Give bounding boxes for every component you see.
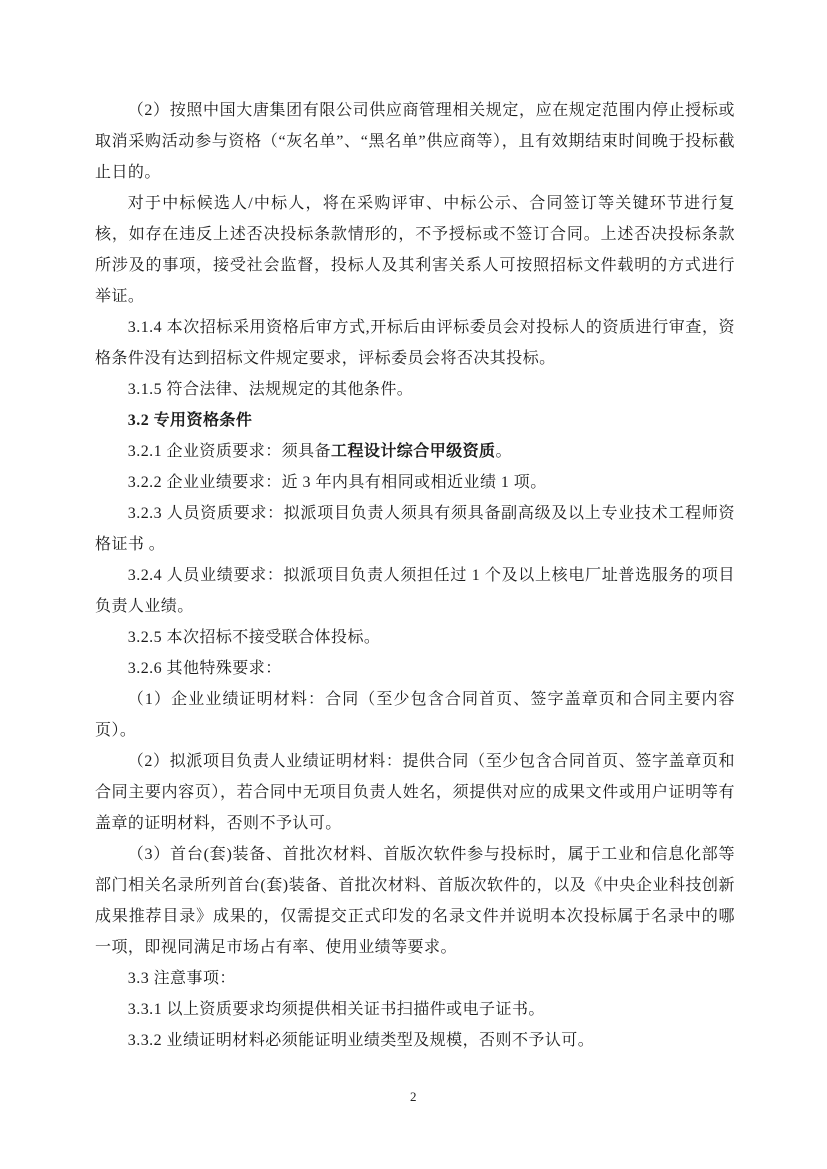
text-run: 3.2.1 企业资质要求：须具备	[128, 443, 331, 460]
para-supplier-restriction: （2）按照中国大唐集团有限公司供应商管理相关规定，应在规定范围内停止授标或取消采…	[95, 95, 735, 188]
text-run: 3.2.3 人员资质要求：拟派项目负责人须具有须具备副高级及以上专业技术工程师资…	[95, 505, 735, 553]
heading-3-2-special-qualification: 3.2 专用资格条件	[95, 405, 735, 436]
para-3-1-5-other-conditions: 3.1.5 符合法律、法规规定的其他条件。	[95, 374, 735, 405]
text-run: 对于中标候选人/中标人，将在采购评审、中标公示、合同签订等关键环节进行复核，如存…	[95, 195, 735, 305]
text-run: 。	[496, 443, 512, 460]
page-footer: 2	[0, 1088, 827, 1106]
document-content: （2）按照中国大唐集团有限公司供应商管理相关规定，应在规定范围内停止授标或取消采…	[95, 95, 735, 1056]
para-item-1-enterprise-performance-proof: （1）企业业绩证明材料：合同（至少包含合同首页、签字盖章页和合同主要内容页）。	[95, 684, 735, 746]
para-3-2-1-enterprise-qualification: 3.2.1 企业资质要求：须具备工程设计综合甲级资质。	[95, 436, 735, 467]
para-3-2-6-other-special-requirements: 3.2.6 其他特殊要求：	[95, 653, 735, 684]
text-run: 3.2.2 企业业绩要求：近 3 年内具有相同或相近业绩 1 项。	[128, 474, 547, 491]
para-3-2-4-personnel-performance: 3.2.4 人员业绩要求：拟派项目负责人须担任过 1 个及以上核电厂址普选服务的…	[95, 560, 735, 622]
text-run: （2）拟派项目负责人业绩证明材料：提供合同（至少包含合同首页、签字盖章页和合同主…	[95, 753, 735, 832]
text-run: 3.3 注意事项：	[128, 970, 236, 987]
text-run: （2）按照中国大唐集团有限公司供应商管理相关规定，应在规定范围内停止授标或取消采…	[95, 102, 735, 181]
para-item-3-first-set-equipment: （3）首台(套)装备、首批次材料、首版次软件参与投标时，属于工业和信息化部等部门…	[95, 839, 735, 963]
text-run: 3.3.2 业绩证明材料必须能证明业绩类型及规模，否则不予认可。	[128, 1032, 594, 1049]
para-3-1-4-qualification-post-review: 3.1.4 本次招标采用资格后审方式,开标后由评标委员会对投标人的资质进行审查，…	[95, 312, 735, 374]
text-run: 3.2 专用资格条件	[128, 412, 253, 429]
text-run: 3.3.1 以上资质要求均须提供相关证书扫描件或电子证书。	[128, 1001, 545, 1018]
text-run: 工程设计综合甲级资质	[331, 443, 496, 460]
page-number: 2	[410, 1089, 417, 1104]
para-3-2-3-personnel-qualification: 3.2.3 人员资质要求：拟派项目负责人须具有须具备副高级及以上专业技术工程师资…	[95, 498, 735, 560]
para-3-2-5-no-consortium: 3.2.5 本次招标不接受联合体投标。	[95, 622, 735, 653]
text-run: 3.2.5 本次招标不接受联合体投标。	[128, 629, 381, 646]
para-3-2-2-enterprise-performance: 3.2.2 企业业绩要求：近 3 年内具有相同或相近业绩 1 项。	[95, 467, 735, 498]
para-3-3-2-performance-proof-type: 3.3.2 业绩证明材料必须能证明业绩类型及规模，否则不予认可。	[95, 1025, 735, 1056]
text-run: （3）首台(套)装备、首批次材料、首版次软件参与投标时，属于工业和信息化部等部门…	[95, 846, 735, 956]
document-page: （2）按照中国大唐集团有限公司供应商管理相关规定，应在规定范围内停止授标或取消采…	[0, 0, 827, 1169]
para-item-2-leader-performance-proof: （2）拟派项目负责人业绩证明材料：提供合同（至少包含合同首页、签字盖章页和合同主…	[95, 746, 735, 839]
text-run: （1）企业业绩证明材料：合同（至少包含合同首页、签字盖章页和合同主要内容页）。	[95, 691, 735, 739]
para-3-3-notes: 3.3 注意事项：	[95, 963, 735, 994]
para-3-3-1-certificate-scan: 3.3.1 以上资质要求均须提供相关证书扫描件或电子证书。	[95, 994, 735, 1025]
para-winning-candidate-review: 对于中标候选人/中标人，将在采购评审、中标公示、合同签订等关键环节进行复核，如存…	[95, 188, 735, 312]
text-run: 3.1.5 符合法律、法规规定的其他条件。	[128, 381, 413, 398]
text-run: 3.2.6 其他特殊要求：	[128, 660, 282, 677]
text-run: 3.1.4 本次招标采用资格后审方式,开标后由评标委员会对投标人的资质进行审查，…	[95, 319, 735, 367]
text-run: 3.2.4 人员业绩要求：拟派项目负责人须担任过 1 个及以上核电厂址普选服务的…	[95, 567, 735, 615]
